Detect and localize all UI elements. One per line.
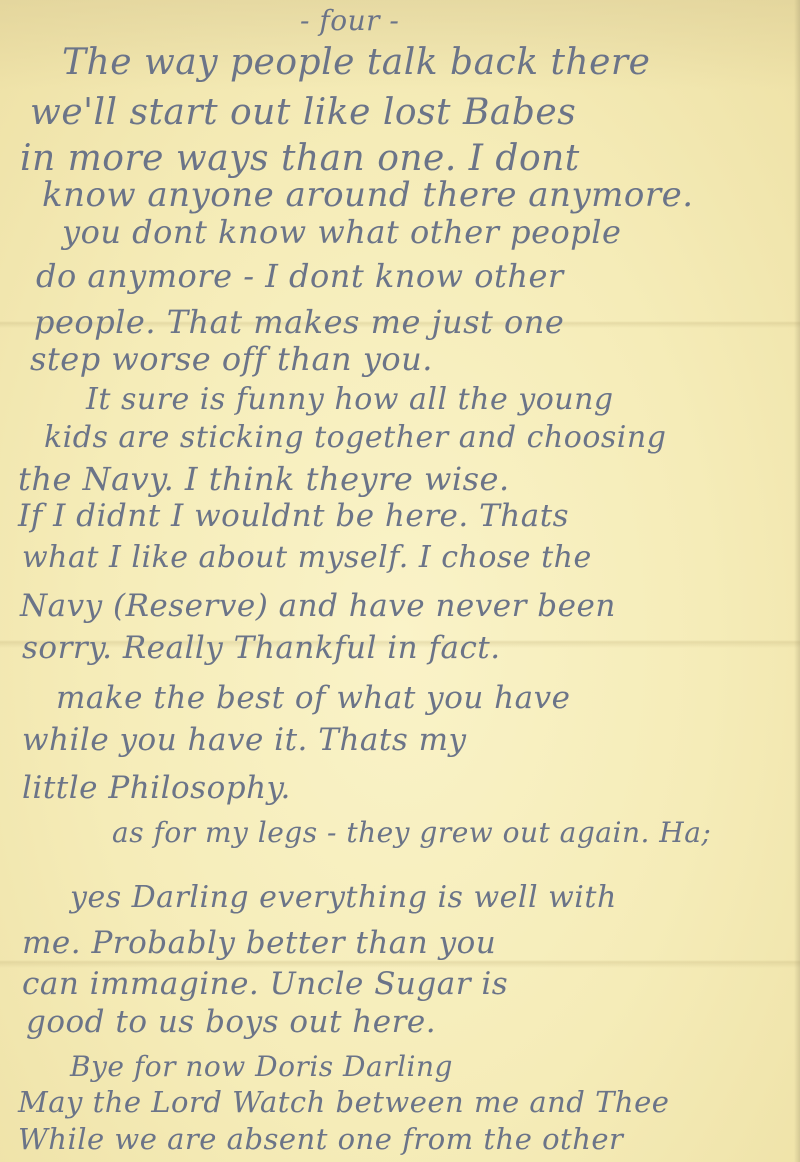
- letter-line: make the best of what you have: [56, 680, 570, 716]
- letter-line: what I like about myself. I chose the: [22, 540, 592, 575]
- paper-edge: [794, 0, 800, 1162]
- letter-line: little Philosophy.: [22, 770, 291, 806]
- letter-line: know anyone around there anymore.: [42, 175, 694, 215]
- letter-closing: Bye for now Doris Darling: [70, 1050, 453, 1083]
- letter-line: If I didnt I wouldnt be here. Thats: [18, 498, 569, 534]
- letter-line: the Navy. I think theyre wise.: [18, 460, 510, 498]
- letter-line: The way people talk back there: [62, 42, 650, 83]
- letter-line: as for my legs - they grew out again. Ha…: [112, 816, 711, 849]
- letter-line: people. That makes me just one: [34, 303, 564, 341]
- letter-line: Navy (Reserve) and have never been: [20, 588, 616, 624]
- letter-line: do anymore - I dont know other: [36, 257, 564, 295]
- page-number-heading: - four -: [300, 4, 399, 37]
- letter-line: step worse off than you.: [30, 340, 433, 378]
- letter-page: - four - The way people talk back there …: [0, 0, 800, 1162]
- letter-line: good to us boys out here.: [26, 1004, 436, 1040]
- letter-line: It sure is funny how all the young: [86, 382, 614, 417]
- letter-line: sorry. Really Thankful in fact.: [22, 630, 501, 666]
- letter-line: can immagine. Uncle Sugar is: [22, 966, 508, 1002]
- letter-blessing-line: May the Lord Watch between me and Thee: [18, 1085, 669, 1119]
- letter-line: yes Darling everything is well with: [70, 880, 617, 915]
- letter-line: while you have it. Thats my: [22, 722, 467, 758]
- letter-line: kids are sticking together and choosing: [44, 420, 666, 455]
- letter-line: you dont know what other people: [62, 213, 621, 251]
- letter-line: in more ways than one. I dont: [20, 138, 580, 179]
- letter-line: we'll start out like lost Babes: [30, 92, 576, 133]
- letter-blessing-line: While we are absent one from the other: [18, 1122, 623, 1156]
- letter-line: me. Probably better than you: [22, 925, 496, 961]
